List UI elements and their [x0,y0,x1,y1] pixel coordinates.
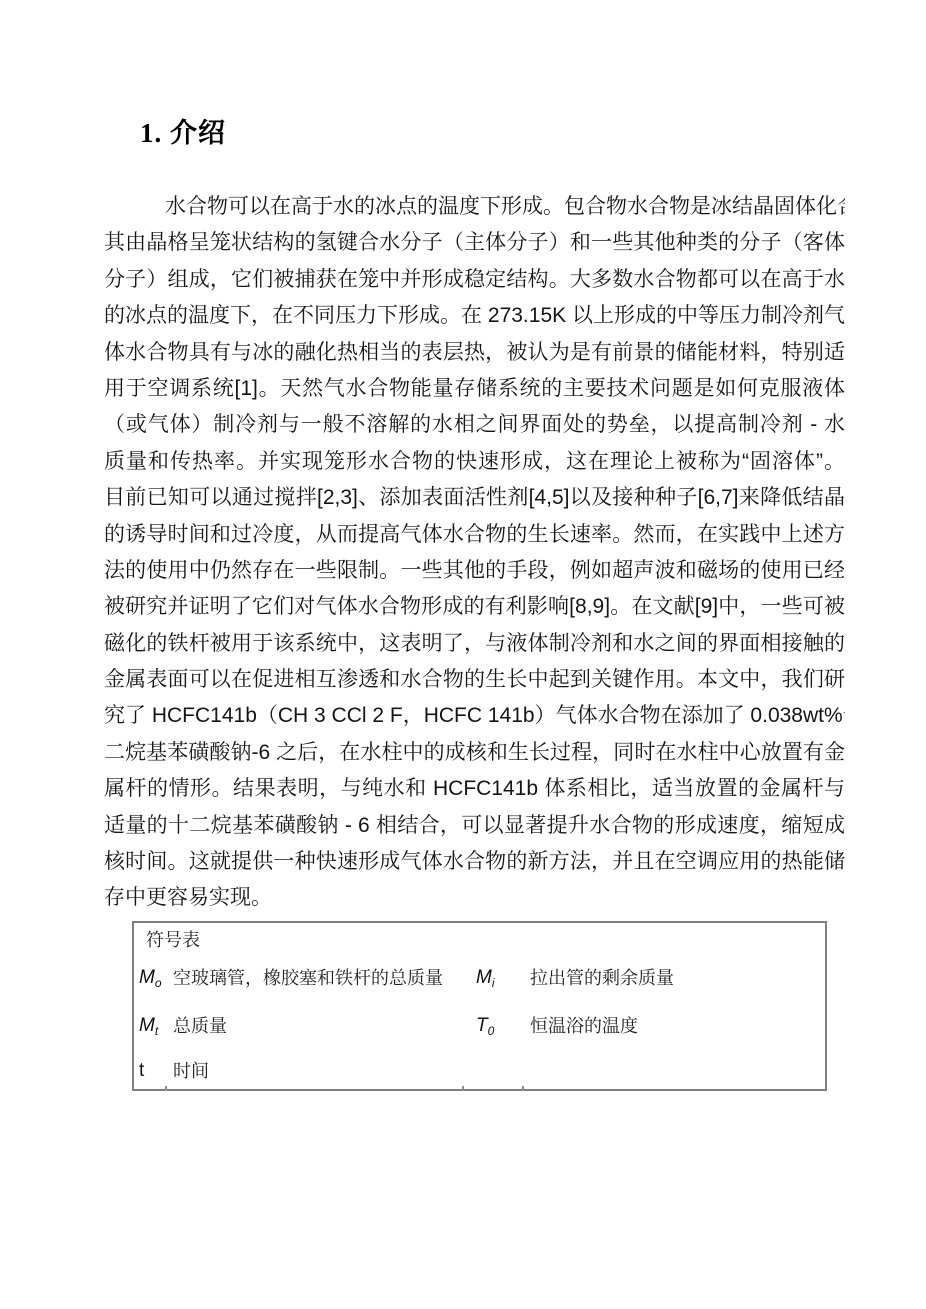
paragraph-line: 磁化的铁杆被用于该系统中，这表明了，与液体制冷剂和水之间的界面相接触的 [104,626,845,662]
description-cell: 空玻璃管，橡胶塞和铁杆的总质量 [165,955,462,1007]
paragraph-line: 存中更容易实现。 [104,880,845,916]
paragraph-line: 核时间。这就提供一种快速形成气体水合物的新方法，并且在空调应用的热能储 [104,844,845,880]
paragraph-line: 被研究并证明了它们对气体水合物形成的有利影响[8,9]。在文献[9]中，一些可被 [104,589,845,625]
symbol-base: T [476,1015,488,1036]
symbol-cell: t [134,1054,165,1089]
description-cell: 时间 [165,1054,462,1089]
paragraph-line: 体水合物具有与冰的融化热相当的表层热，被认为是有前景的储能材料，特别适 [104,335,845,371]
symbol-cell: Mt [134,1007,165,1054]
column-divider-tick [165,1086,167,1091]
description-cell: 恒温浴的温度 [522,1007,825,1054]
symbol-base: M [139,967,155,988]
column-divider-tick [522,1086,524,1091]
table-row: Mt 总质量 T0 恒温浴的温度 [134,1007,825,1054]
paragraph-line: 二烷基苯磺酸钠-6 之后，在水柱中的成核和生长过程，同时在水柱中心放置有金 [104,735,845,771]
paragraph-line: 属杆的情形。结果表明，与纯水和 HCFC141b 体系相比，适当放置的金属杆与 [104,771,845,807]
paragraph-line: 分子）组成，它们被捕获在笼中并形成稳定结构。大多数水合物都可以在高于水 [104,262,845,298]
symbol-subscript: o [155,976,162,990]
paragraph-line: 其由晶格呈笼状结构的氢键合水分子（主体分子）和一些其他种类的分子（客体 [104,225,845,261]
paragraph-line: 究了 HCFC141b（CH 3 CCl 2 F，HCFC 141b）气体水合物… [104,698,845,734]
symbol-cell [462,1054,522,1089]
symbol-base: M [476,967,492,988]
table-row: Mo 空玻璃管，橡胶塞和铁杆的总质量 Mi 拉出管的剩余质量 [134,955,825,1007]
symbol-cell: T0 [462,1007,522,1054]
symbol-table-title: 符号表 [134,923,825,955]
paragraph-line: 法的使用中仍然存在一些限制。一些其他的手段，例如超声波和磁场的使用已经 [104,553,845,589]
symbol-cell: Mi [462,955,522,1007]
symbol-cell: Mo [134,955,165,1007]
description-cell [522,1054,825,1089]
paragraph-line: 金属表面可以在促进相互渗透和水合物的生长中起到关键作用。本文中，我们研 [104,662,845,698]
paragraph-line: 目前已知可以通过搅拌[2,3]、添加表面活性剂[4,5]以及接种种子[6,7]来… [104,480,845,516]
symbol-base: t [139,1060,144,1081]
symbol-table: 符号表 Mo 空玻璃管，橡胶塞和铁杆的总质量 Mi 拉出管的剩余质量 Mt 总质… [132,921,827,1091]
document-page: 1. 介绍 水合物可以在高于水的冰点的温度下形成。包合物水合物是冰结晶固体化合物… [0,0,926,1309]
paragraph-line: 的冰点的温度下，在不同压力下形成。在 273.15K 以上形成的中等压力制冷剂气 [104,298,845,334]
paragraph-line: 适量的十二烷基苯磺酸钠 - 6 相结合，可以显著提升水合物的形成速度，缩短成 [104,808,845,844]
symbol-subscript: t [155,1024,158,1038]
symbol-base: M [139,1015,155,1036]
table-row: t 时间 [134,1054,825,1089]
symbol-subscript: 0 [488,1024,495,1038]
section-heading: 1. 介绍 [140,116,226,150]
description-cell: 总质量 [165,1007,462,1054]
symbol-subscript: i [492,976,495,990]
paragraph-line: 水合物可以在高于水的冰点的温度下形成。包合物水合物是冰结晶固体化合物， [104,189,845,225]
paragraph-line: 用于空调系统[1]。天然气水合物能量存储系统的主要技术问题是如何克服液体 [104,371,845,407]
paragraph-line: （或气体）制冷剂与一般不溶解的水相之间界面处的势垒，以提高制冷剂 - 水 [104,407,845,443]
paragraph-line: 的诱导时间和过冷度，从而提高气体水合物的生长速率。然而，在实践中上述方 [104,517,845,553]
column-divider-tick [462,1086,464,1091]
paragraph-line: 质量和传热率。并实现笼形水合物的快速形成，这在理论上被称为“固溶体”。 [104,444,845,480]
description-cell: 拉出管的剩余质量 [522,955,825,1007]
intro-paragraph: 水合物可以在高于水的冰点的温度下形成。包合物水合物是冰结晶固体化合物， 其由晶格… [104,189,845,917]
